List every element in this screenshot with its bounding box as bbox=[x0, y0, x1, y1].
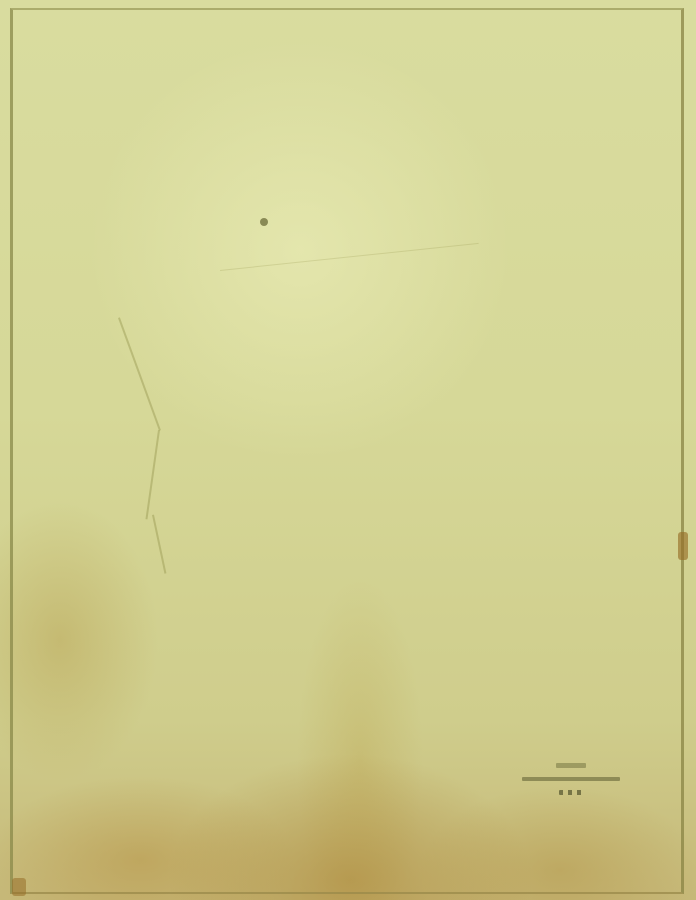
ink-spot bbox=[260, 218, 268, 226]
publisher-stamp bbox=[522, 763, 620, 795]
edge-stain bbox=[678, 532, 688, 560]
page-border-frame bbox=[10, 8, 684, 894]
paper-page bbox=[0, 0, 696, 900]
stamp-line-2 bbox=[522, 777, 620, 781]
corner-stain bbox=[12, 878, 26, 896]
stamp-line-1 bbox=[556, 763, 586, 768]
stamp-line-3 bbox=[559, 790, 583, 795]
